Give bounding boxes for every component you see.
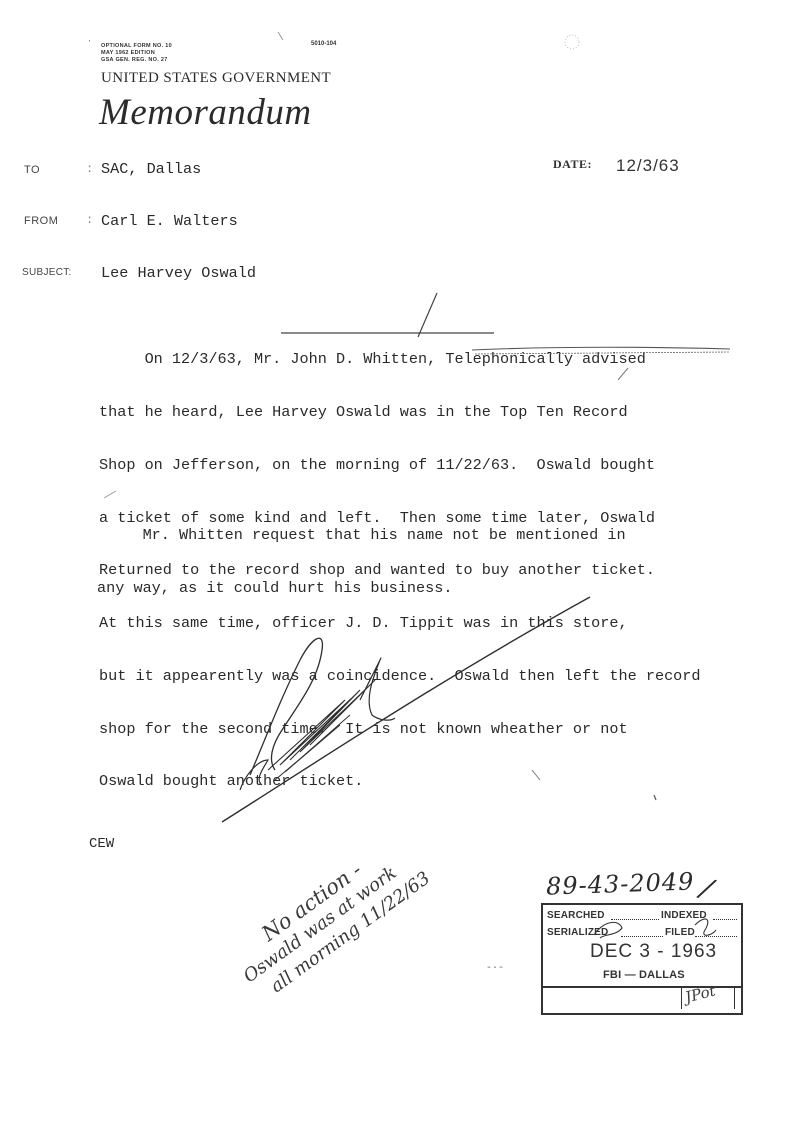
stamp-scribbles (0, 0, 786, 1140)
